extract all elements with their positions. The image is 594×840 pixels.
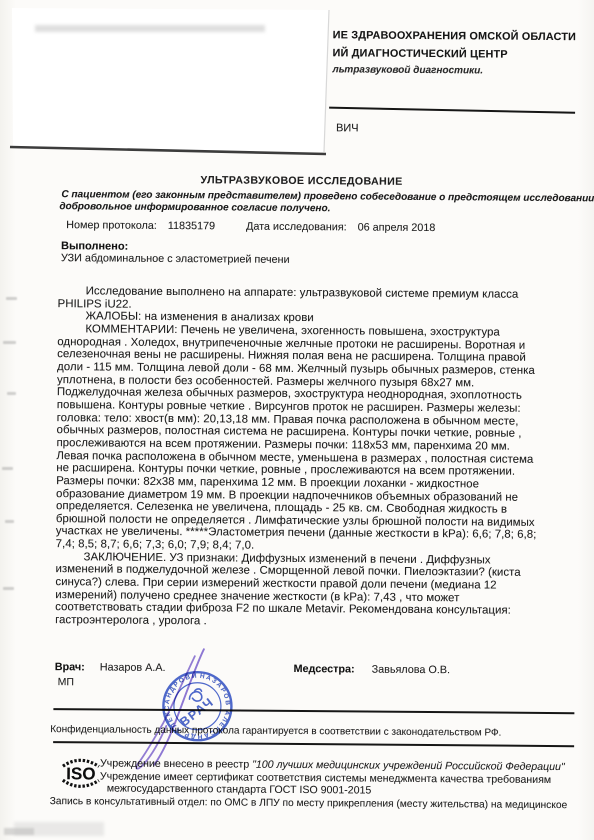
- scan-edge-mark: [6, 297, 17, 300]
- scan-edge-mark: [7, 392, 16, 395]
- scan-edge-mark: [3, 341, 16, 344]
- redaction-paper-overlay: [0, 0, 594, 840]
- scan-edge-mark: [2, 467, 13, 470]
- scan-edge-mark: [3, 587, 14, 590]
- scan-smudge: [35, 25, 265, 32]
- scanned-document-page: ИЕ ЗДРАВООХРАНЕНИЯ ОМСКОЙ ОБЛАСТИ ИЙ ДИА…: [0, 0, 594, 840]
- scan-corner-artifact: [14, 822, 104, 836]
- scan-edge-mark: [5, 520, 14, 523]
